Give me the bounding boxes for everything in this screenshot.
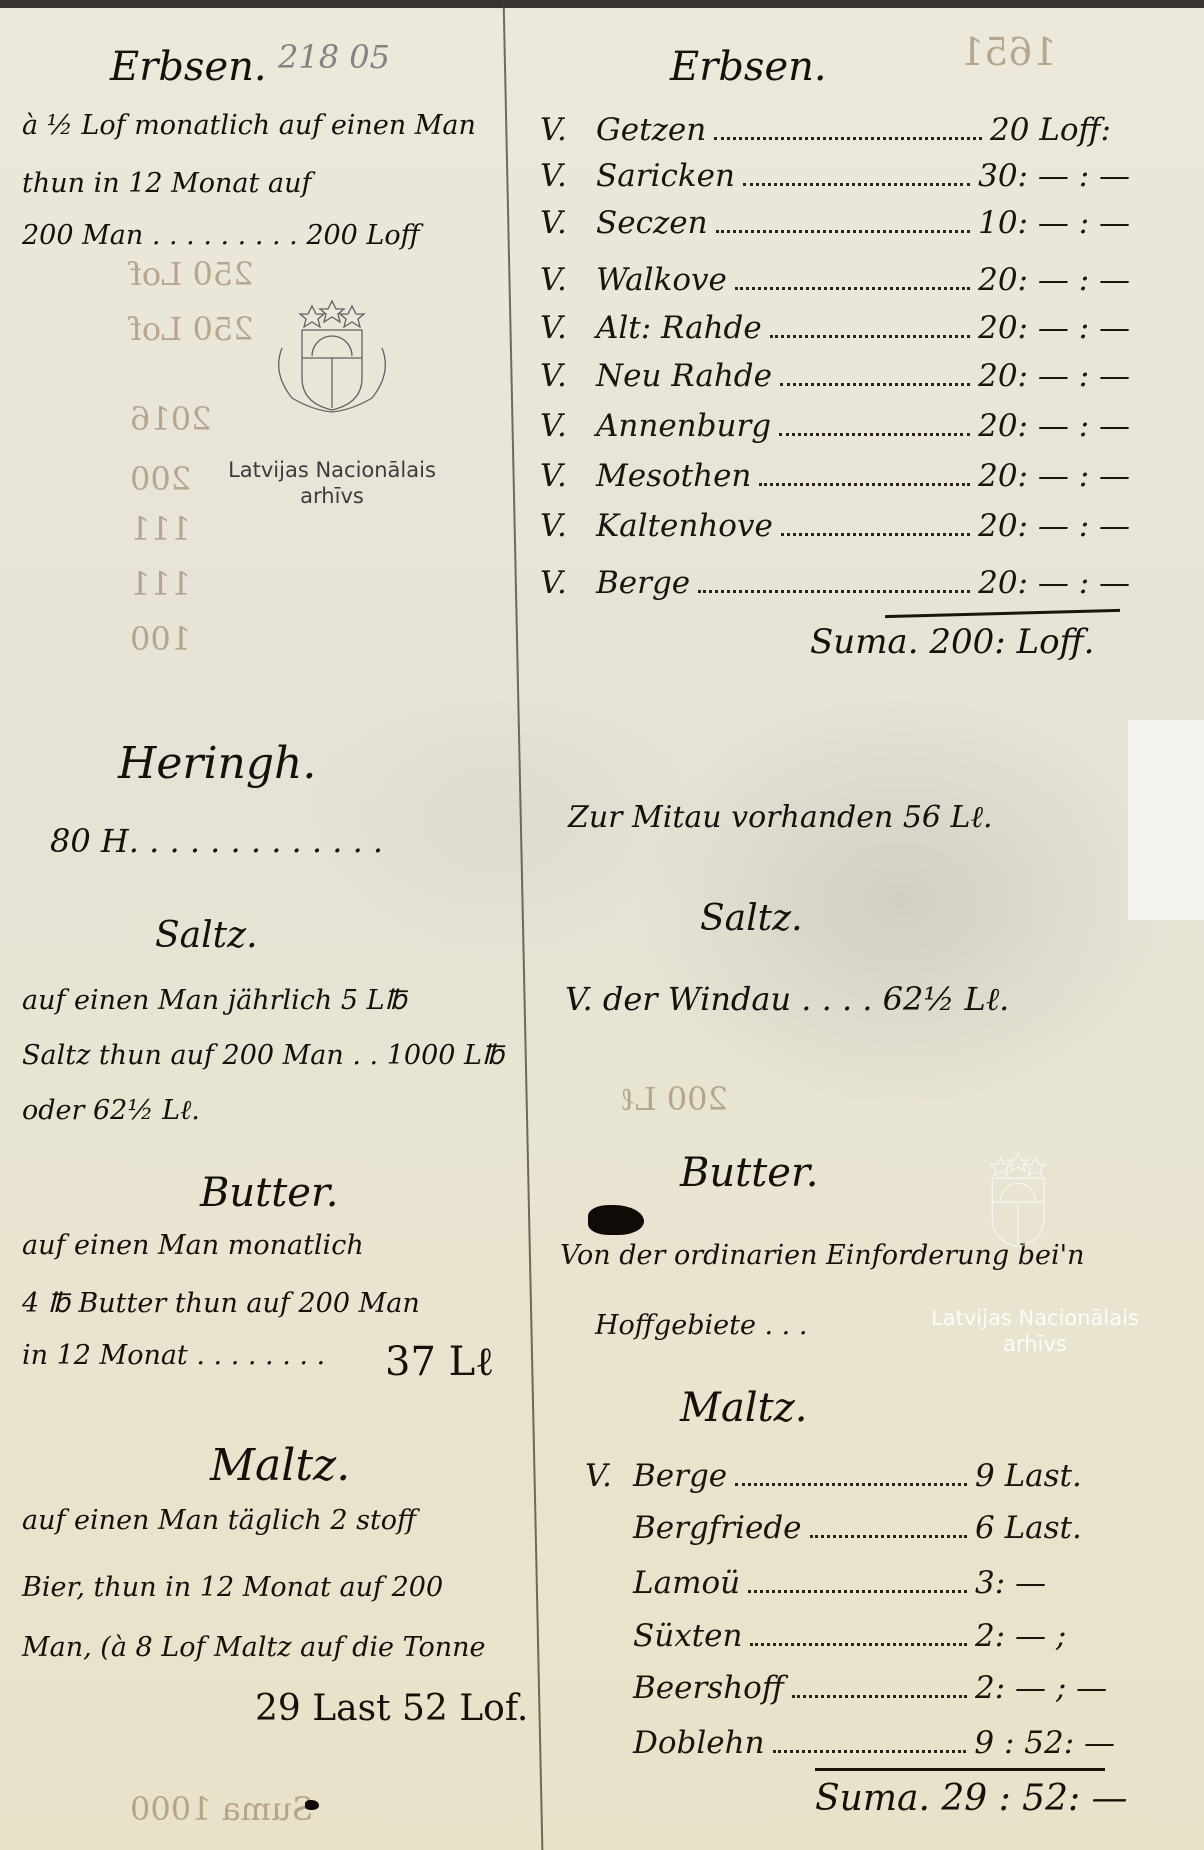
sum-rule xyxy=(815,1768,1105,1771)
left-maltz-line: Man, (à 8 Lof Maltz auf die Tonne xyxy=(22,1632,486,1663)
left-heringh-heading: Heringh. xyxy=(118,738,316,789)
erbsen-entry-row: V. Saricken 30: — : — xyxy=(540,158,1130,194)
right-saltz-heading: Saltz. xyxy=(700,898,803,939)
ink-blot xyxy=(588,1205,644,1235)
bleedthrough-text: 111 xyxy=(130,510,191,548)
sum-label: Suma. xyxy=(815,1778,930,1819)
pencil-folio-number: 218 05 xyxy=(278,38,390,76)
erbsen-entry-row: V. Mesothen 20: — : — xyxy=(540,458,1130,494)
bleedthrough-year: 1651 xyxy=(960,30,1057,74)
maltz-entry-row: Beershoff 2: — ; — xyxy=(633,1670,1115,1706)
erbsen-entry-row: V. Walkove 20: — : — xyxy=(540,262,1130,298)
left-maltz-total: 29 Last 52 Lof. xyxy=(255,1688,528,1729)
erbsen-entry-row: V. Neu Rahde 20: — : — xyxy=(540,358,1130,394)
bleedthrough-text: Suma 1000 xyxy=(130,1790,314,1828)
erbsen-sum: Suma. 200: Loff. xyxy=(810,622,1094,662)
maltz-entry-row: V. Berge 9 Last. xyxy=(585,1458,1115,1494)
latvia-coat-of-arms-icon xyxy=(262,298,402,413)
left-heringh-line: 80 H. . . . . . . . . . . . . xyxy=(50,822,383,860)
right-erbsen-heading: Erbsen. xyxy=(670,44,827,90)
left-erbsen-line: thun in 12 Monat auf xyxy=(22,168,311,199)
erbsen-entry-row: V. Getzen 20 Loff: xyxy=(540,112,1130,148)
manuscript-page: 1651 250 Lof 250 Lof 2016 200 111 111 10… xyxy=(0,0,1204,1850)
left-saltz-line: Saltz thun auf 200 Man . . 1000 L℔ xyxy=(22,1040,504,1071)
maltz-entry-row: Lamoü 3: — xyxy=(633,1565,1115,1601)
left-saltz-line: oder 62½ Lℓ. xyxy=(22,1095,200,1126)
bleedthrough-text: 2016 xyxy=(130,400,211,438)
erbsen-entry-row: V. Kaltenhove 20: — : — xyxy=(540,508,1130,544)
right-saltz-line: V. der Windau . . . . 62½ Lℓ. xyxy=(565,980,1009,1018)
right-butter-heading: Butter. xyxy=(680,1150,818,1196)
left-butter-heading: Butter. xyxy=(200,1170,338,1216)
ink-dot xyxy=(305,1800,319,1810)
erbsen-entry-row: V. Alt: Rahde 20: — : — xyxy=(540,310,1130,346)
right-maltz-heading: Maltz. xyxy=(680,1385,807,1431)
left-erbsen-line: 200 Man . . . . . . . . . 200 Loff xyxy=(22,220,420,251)
bleedthrough-text: 111 xyxy=(130,565,191,603)
bleedthrough-text: 250 Lof xyxy=(130,310,254,348)
sum-value: 200: Loff. xyxy=(929,622,1094,662)
left-erbsen-line: à ½ Lof monatlich auf einen Man xyxy=(22,110,476,141)
maltz-sum: Suma. 29 : 52: — xyxy=(815,1778,1128,1819)
left-maltz-line: Bier, thun in 12 Monat auf 200 xyxy=(22,1572,443,1603)
right-butter-line: Hoffgebiete . . . xyxy=(595,1310,807,1341)
erbsen-entry-row: V. Annenburg 20: — : — xyxy=(540,408,1130,444)
bleedthrough-text: 100 xyxy=(130,620,191,658)
bleedthrough-text: 250 Lof xyxy=(130,255,254,293)
bleedthrough-text: 200 Lℓ xyxy=(620,1080,728,1118)
maltz-entry-row: Süxten 2: — ; xyxy=(633,1618,1115,1654)
sum-value: 29 : 52: — xyxy=(941,1778,1127,1819)
bleedthrough-text: 200 xyxy=(130,460,191,498)
left-butter-total: 37 Lℓ xyxy=(385,1338,494,1385)
left-saltz-heading: Saltz. xyxy=(155,915,258,956)
left-butter-line: auf einen Man monatlich xyxy=(22,1230,364,1261)
left-maltz-heading: Maltz. xyxy=(210,1440,350,1491)
left-butter-line: in 12 Monat . . . . . . . . xyxy=(22,1340,325,1371)
left-erbsen-heading: Erbsen. xyxy=(110,44,267,90)
paper-tab xyxy=(1128,720,1204,920)
sum-label: Suma. xyxy=(810,622,919,662)
sum-rule xyxy=(885,609,1120,618)
scan-edge xyxy=(0,0,1204,8)
maltz-entry-row: Doblehn 9 : 52: — xyxy=(633,1725,1115,1761)
archive-watermark-dark: Latvijas Nacionālais arhīvs xyxy=(222,457,442,509)
archive-watermark-light: Latvijas Nacionālais arhīvs xyxy=(925,1305,1145,1357)
erbsen-entry-row: V. Berge 20: — : — xyxy=(540,565,1130,601)
left-saltz-line: auf einen Man jährlich 5 L℔ xyxy=(22,985,407,1016)
maltz-entry-row: Bergfriede 6 Last. xyxy=(633,1510,1115,1546)
erbsen-entry-row: V. Seczen 10: — : — xyxy=(540,205,1130,241)
right-heringh-line: Zur Mitau vorhanden 56 Lℓ. xyxy=(568,800,993,835)
left-butter-line: 4 ℔ Butter thun auf 200 Man xyxy=(22,1288,420,1319)
left-maltz-line: auf einen Man täglich 2 stoff xyxy=(22,1505,416,1536)
column-divider-line xyxy=(503,0,544,1850)
latvia-coat-of-arms-icon xyxy=(958,1150,1078,1250)
